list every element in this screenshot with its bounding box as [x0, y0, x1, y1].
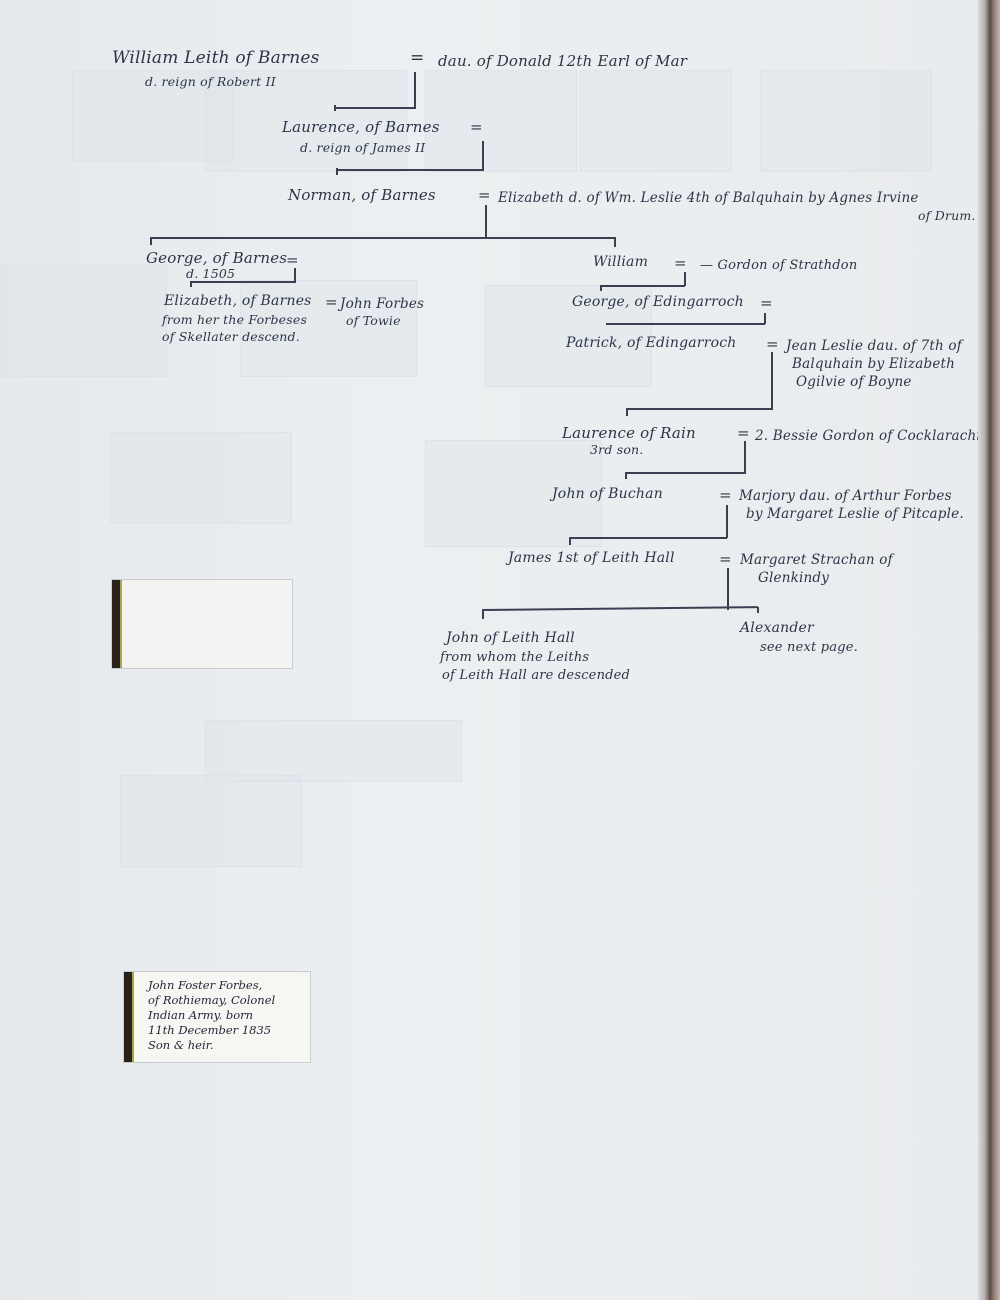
gen2-name: Laurence, of Barnes	[282, 118, 440, 136]
descent-line	[482, 610, 484, 619]
gen8-spouse-line1: Marjory dau. of Arthur Forbes	[739, 488, 952, 504]
gen4-right-marriage-sign: =	[674, 254, 687, 272]
descent-line	[684, 272, 686, 286]
descent-line	[726, 505, 728, 538]
gen5-left-note-line1: from her the Forbeses	[162, 312, 307, 327]
card-line: 11th December 1835	[148, 1023, 308, 1038]
gen10-left-note-line1: from whom the Leiths	[440, 650, 589, 665]
descent-line	[757, 607, 759, 613]
descent-line	[336, 168, 338, 175]
gen2-note: d. reign of James II	[300, 140, 425, 155]
descent-line	[600, 285, 602, 291]
descent-line	[626, 408, 628, 416]
gen3-name: Norman, of Barnes	[288, 186, 436, 204]
descent-line	[190, 281, 295, 283]
card-line: Indian Army. born	[148, 1008, 308, 1023]
portrait-card-text: John Foster Forbes, of Rothiemay, Colone…	[148, 978, 308, 1053]
gen3-spouse-line2: of Drum.	[918, 208, 976, 223]
gen9-name: James 1st of Leith Hall	[508, 550, 675, 566]
gen6-spouse-line2: Balquhain by Elizabeth	[792, 356, 955, 372]
gen1-marriage-sign: =	[410, 48, 424, 68]
gen5-left-spouse-line1: John Forbes	[340, 296, 424, 312]
album-page: William Leith of Barnes = dau. of Donald…	[0, 0, 978, 1300]
gen9-spouse-line1: Margaret Strachan of	[740, 552, 893, 568]
gen4-left-name: George, of Barnes	[146, 249, 287, 267]
gen7-name: Laurence of Rain	[562, 424, 696, 442]
descent-line	[334, 105, 336, 111]
sibling-line	[150, 237, 616, 239]
gen2-marriage-sign: =	[470, 118, 483, 136]
descent-line	[569, 537, 571, 545]
gen3-spouse-line1: Elizabeth d. of Wm. Leslie 4th of Balquh…	[498, 190, 919, 206]
book-page-edge	[978, 0, 1000, 1300]
gen8-spouse-line2: by Margaret Leslie of Pitcaple.	[746, 506, 964, 522]
gen1-note: d. reign of Robert II	[145, 74, 276, 89]
gen10-left-note-line2: of Leith Hall are descended	[442, 668, 630, 683]
template-box	[205, 720, 462, 782]
template-box	[110, 432, 292, 524]
gen3-marriage-sign: =	[478, 186, 491, 204]
descent-line	[414, 72, 416, 108]
gen4-right-spouse: — Gordon of Strathdon	[700, 258, 857, 273]
descent-line	[626, 408, 772, 410]
gen6-spouse-line3: Ogilvie of Boyne	[796, 374, 912, 390]
descent-line	[771, 352, 773, 410]
gen5-left-note-line2: of Skellater descend.	[162, 329, 300, 344]
gen1-spouse: dau. of Donald 12th Earl of Mar	[438, 52, 687, 70]
gen8-name: John of Buchan	[552, 486, 663, 502]
descent-line	[625, 472, 745, 474]
gen4-left-note: d. 1505	[186, 266, 235, 281]
descent-line	[150, 237, 152, 245]
gen8-marriage-sign: =	[719, 486, 732, 504]
template-box	[580, 70, 732, 172]
descent-line	[190, 281, 192, 287]
template-box	[425, 70, 577, 172]
gen10-right-name: Alexander	[740, 620, 814, 636]
descent-line	[606, 323, 765, 325]
gen7-note: 3rd son.	[590, 442, 643, 457]
gen5-right-name: George, of Edingarroch	[572, 294, 744, 310]
gen6-name: Patrick, of Edingarroch	[566, 335, 736, 351]
gen10-right-note: see next page.	[760, 640, 858, 655]
template-box	[120, 775, 302, 867]
gen5-left-marriage-sign: =	[325, 293, 338, 311]
empty-card-window	[112, 580, 292, 668]
gen5-right-marriage-sign: =	[760, 294, 773, 312]
descent-line	[569, 537, 727, 539]
card-line: John Foster Forbes,	[148, 978, 308, 993]
gen4-left-marriage-sign: =	[286, 251, 299, 269]
descent-line	[625, 472, 627, 479]
template-box	[760, 70, 932, 172]
descent-line	[485, 205, 487, 238]
descent-line	[744, 441, 746, 474]
sibling-line	[482, 606, 758, 610]
descent-line	[334, 107, 416, 109]
descent-line	[727, 568, 729, 610]
gen7-marriage-sign: =	[737, 424, 750, 442]
descent-line	[614, 237, 616, 247]
gen5-left-spouse-line2: of Towie	[346, 313, 401, 328]
card-line: of Rothiemay, Colonel	[148, 993, 308, 1008]
gen10-left-name: John of Leith Hall	[446, 630, 575, 646]
gen4-right-name: William	[593, 254, 648, 270]
gen6-marriage-sign: =	[766, 335, 779, 353]
gen6-spouse-line1: Jean Leslie dau. of 7th of	[786, 338, 962, 354]
gen9-spouse-line2: Glenkindy	[758, 570, 829, 586]
descent-line	[482, 141, 484, 171]
card-line: Son & heir.	[148, 1038, 308, 1053]
gen1-name: William Leith of Barnes	[112, 48, 320, 68]
descent-line	[600, 285, 685, 287]
template-box	[0, 265, 167, 377]
gen7-spouse: 2. Bessie Gordon of Cocklarachie	[755, 428, 989, 444]
descent-line	[336, 169, 483, 171]
gen9-marriage-sign: =	[719, 550, 732, 568]
gen5-left-name: Elizabeth, of Barnes	[164, 293, 312, 309]
